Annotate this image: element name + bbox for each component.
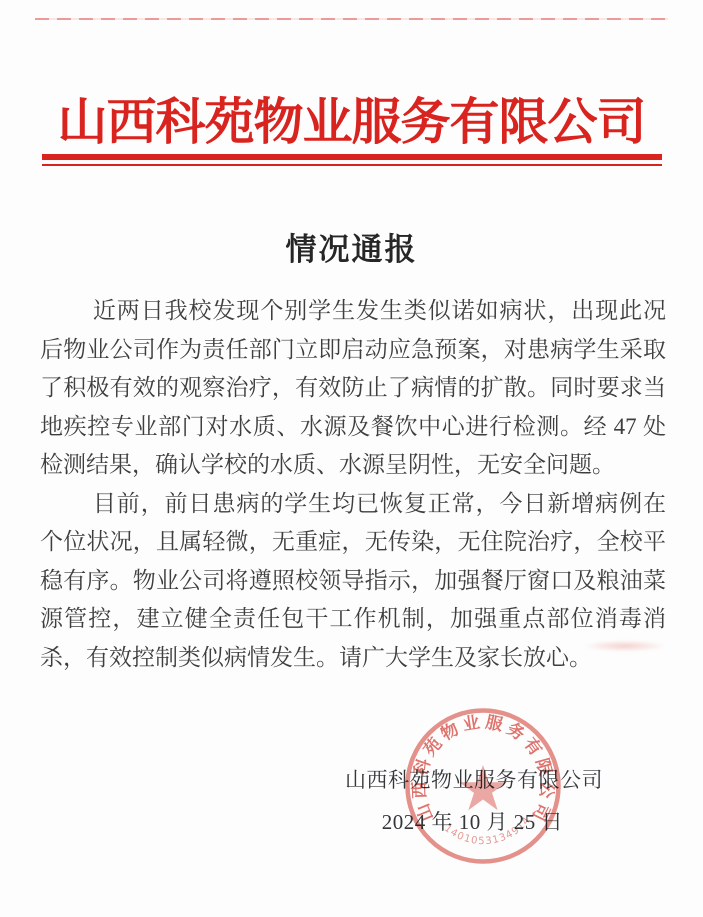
top-rule xyxy=(35,18,668,20)
seal-serial-number: 1401053134914 xyxy=(442,815,533,848)
document-page: 山西科苑物业服务有限公司 情况通报 近两日我校发现个别学生发生类似诺如病状，出现… xyxy=(0,0,703,917)
ink-smudge xyxy=(583,640,667,652)
notice-title: 情况通报 xyxy=(0,224,703,269)
notice-paragraph-2: 目前，前日患病的学生均已恢复正常，今日新增病例在个位状况，且属轻微，无重症，无传… xyxy=(40,485,666,678)
official-seal: 山西科苑物业服务有限公司 1401053134914 xyxy=(403,706,563,866)
seal-star-icon xyxy=(459,765,507,810)
notice-body: 近两日我校发现个别学生发生类似诺如病状，出现此况后物业公司作为责任部门立即启动应… xyxy=(40,292,666,677)
header-rule-thick xyxy=(42,154,662,160)
svg-text:1401053134914: 1401053134914 xyxy=(442,815,533,848)
notice-paragraph-1: 近两日我校发现个别学生发生类似诺如病状，出现此况后物业公司作为责任部门立即启动应… xyxy=(40,292,666,485)
company-name-header: 山西科苑物业服务有限公司 xyxy=(0,82,703,154)
header-rule-thin xyxy=(42,164,662,166)
